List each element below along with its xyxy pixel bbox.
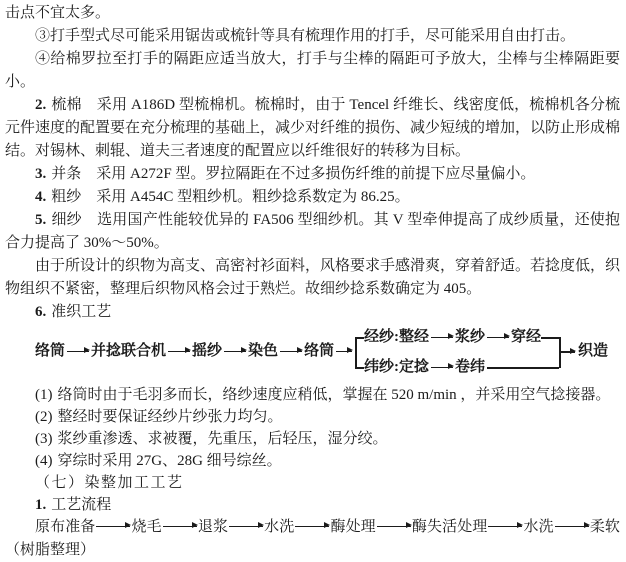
arrow-icon	[488, 526, 522, 528]
item-number: (2)	[35, 409, 53, 425]
note-winding: (1)络筒时由于毛羽多而长，络纱速度应稍低，掌握在 520 m/min ，并采用…	[5, 384, 620, 406]
branch-bottom-stub	[355, 367, 364, 369]
arrow-icon	[224, 351, 246, 353]
flow-node-winding-2: 络筒	[304, 344, 334, 359]
flow-node-fabric-prep: 原布准备	[35, 519, 95, 535]
arrow-icon	[96, 526, 130, 528]
warp-branch-row: 经纱:整经 浆纱 穿经	[364, 330, 541, 345]
arrow-icon	[431, 367, 453, 369]
item-text: 整经时要保证经纱片纱张力均匀。	[58, 409, 283, 425]
flow-node-enzyme-deactivation: 酶失活处理	[412, 519, 488, 535]
arrow-icon	[280, 351, 302, 353]
flow-node-washing-2: 水洗	[523, 519, 553, 535]
flow-node-warp-warping: 经纱:整经	[364, 330, 429, 345]
paragraph-roving: 4.粗纱 采用 A454C 型粗纱机。粗纱捻系数定为 86.25。	[5, 186, 620, 209]
paragraph-process-flow-heading: 1.工艺流程	[5, 494, 620, 516]
item-number: 5.	[35, 212, 46, 228]
flow-node-doubling-twisting: 并捻联合机	[91, 344, 166, 359]
flow-node-pirn-winding: 卷纬	[455, 360, 485, 375]
item-text: 并条 采用 A272F 型。罗拉隔距在不过多损伤纤维的前提下应尽量偏小。	[51, 166, 535, 182]
item-number: (3)	[35, 431, 53, 447]
arrow-icon	[168, 351, 190, 353]
paragraph-hit-points: 击点不宜太多。	[5, 2, 620, 25]
item-text: 穿综时采用 27G、28G 细号综丝。	[58, 453, 282, 469]
arrow-icon	[431, 337, 453, 339]
flow-node-weft-twist-setting: 纬纱:定捻	[364, 360, 429, 375]
item-text: 细纱 选用国产性能较优异的 FA506 型细纱机。其 V 型牵伸提高了成纱质量，…	[5, 212, 620, 251]
branch-top-stub	[355, 337, 364, 339]
note-sizing: (3)浆纱重渗透、求被覆，先重压，后轻压，湿分绞。	[5, 428, 620, 450]
paragraph-beater-type: ③打手型式尽可能采用锯齿或梳针等具有梳理作用的打手，尽可能采用自由打击。	[5, 25, 620, 48]
item-number: (1)	[35, 387, 53, 403]
section-heading-dyeing-finishing: （七）染整加工工艺	[5, 472, 620, 494]
flow-node-sizing: 浆纱	[455, 330, 485, 345]
paragraph-drawing: 3.并条 采用 A272F 型。罗拉隔距在不过多损伤纤维的前提下应尽量偏小。	[5, 163, 620, 186]
flow-node-washing: 水洗	[264, 519, 294, 535]
flow-node-desizing: 退浆	[198, 519, 228, 535]
document-page: 击点不宜太多。 ③打手型式尽可能采用锯齿或梳针等具有梳理作用的打手，尽可能采用自…	[0, 0, 626, 562]
item-text: 准织工艺	[51, 304, 111, 320]
item-text: 浆纱重渗透、求被覆，先重压，后轻压，湿分绞。	[58, 431, 388, 447]
paragraph-carding: 2.梳棉 采用 A186D 型梳棉机。梳棉时，由于 Tencel 纤维长、线密度…	[5, 94, 620, 163]
item-number: 3.	[35, 166, 46, 182]
flow-node-enzyme-treatment: 酶处理	[330, 519, 375, 535]
branch-left-line	[355, 337, 357, 368]
paragraph-gauge-spacing: ④给棉罗拉至打手的隔距应适当放大，打手与尘棒的隔距可予放大，尘棒与尘棒隔距要小。	[5, 48, 620, 94]
note-heddling: (4)穿综时采用 27G、28G 细号综丝。	[5, 450, 620, 472]
note-warping: (2)整经时要保证经纱片纱张力均匀。	[5, 406, 620, 428]
arrow-icon	[229, 526, 263, 528]
weft-branch-row: 纬纱:定捻 卷纬	[364, 360, 485, 375]
item-number: (4)	[35, 453, 53, 469]
item-text: 梳棉 采用 A186D 型梳棉机。梳棉时，由于 Tencel 纤维长、线密度低，…	[5, 97, 620, 159]
item-number: 6.	[35, 304, 46, 320]
notes-section: (1)络筒时由于毛羽多而长，络纱速度应稍低，掌握在 520 m/min ，并采用…	[5, 384, 620, 516]
arrow-icon	[377, 526, 411, 528]
arrow-icon	[295, 526, 329, 528]
item-text: 工艺流程	[51, 497, 111, 513]
item-number: 2.	[35, 97, 46, 113]
flowchart-main-row: 络筒 并捻联合机 摇纱 染色 络筒	[35, 344, 352, 359]
flow-node-weaving: 织造	[578, 344, 608, 359]
arrow-icon	[67, 351, 89, 353]
weft-merge-line	[487, 367, 559, 369]
flow-node-singeing: 烧毛	[131, 519, 161, 535]
warp-merge-line	[541, 337, 559, 339]
arrow-icon	[487, 337, 509, 339]
arrow-icon	[555, 526, 589, 528]
flow-node-dyeing: 染色	[248, 344, 278, 359]
arrow-icon	[163, 526, 197, 528]
flow-node-reeling: 摇纱	[192, 344, 222, 359]
arrow-icon	[559, 351, 575, 353]
weaving-prep-flowchart: 络筒 并捻联合机 摇纱 染色 络筒 经纱:整经 浆纱 穿经 纬纱:定捻 卷纬	[5, 330, 620, 376]
flow-node-winding: 络筒	[35, 344, 65, 359]
branch-right-line	[559, 337, 561, 368]
arrow-icon	[336, 351, 352, 353]
item-number: 1.	[35, 497, 46, 513]
dyeing-process-flowchart: 原布准备烧毛退浆水洗酶处理酶失活处理水洗柔软（树脂整理）	[5, 516, 620, 562]
paragraph-weaving-prep-heading: 6.准织工艺	[5, 301, 620, 324]
flow-node-drawing-in: 穿经	[511, 330, 541, 345]
item-number: 4.	[35, 189, 46, 205]
item-text: 粗纱 采用 A454C 型粗纱机。粗纱捻系数定为 86.25。	[51, 189, 409, 205]
paragraph-spinning: 5.细纱 选用国产性能较优异的 FA506 型细纱机。其 V 型牵伸提高了成纱质…	[5, 209, 620, 255]
item-text: 络筒时由于毛羽多而长，络纱速度应稍低，掌握在 520 m/min ，并采用空气捻…	[58, 387, 611, 403]
paragraph-fabric-design: 由于所设计的织物为高支、高密衬衫面料，风格要求手感滑爽，穿着舒适。若捻度低，织物…	[5, 255, 620, 301]
